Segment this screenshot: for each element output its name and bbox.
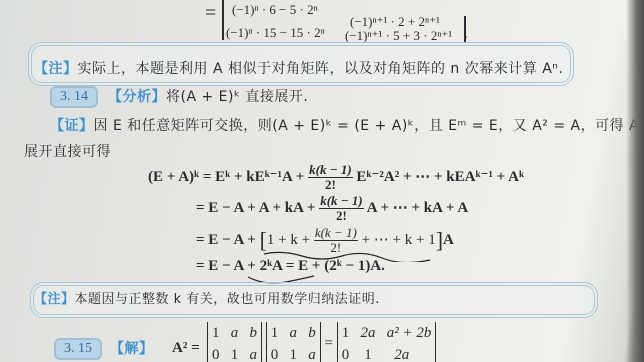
page-edge-shadow — [626, 0, 644, 362]
frac-num: k(k − 1) — [319, 194, 364, 209]
proof-line-1: 【证】因 E 和任意矩阵可交换，则(A + E)ᵏ = (E + A)ᵏ，且 E… — [50, 115, 644, 135]
period: . — [464, 26, 468, 43]
fraction: k(k − 1)2! — [319, 194, 364, 223]
equation-4: = E − A + 2ᵏA = E + (2ᵏ − 1)A. — [196, 258, 385, 275]
eq3-post: A — [443, 232, 454, 248]
problem-badge-3-14: 3. 14 — [50, 86, 98, 108]
eq3-inner-pre: 1 + k + — [267, 232, 310, 248]
note-tag: 【注】 — [34, 61, 78, 77]
note-text: 本题因与正整数 k 有关，故也可用数学归纳法证明. — [75, 292, 380, 307]
frac-den: 2! — [308, 178, 353, 192]
eq1-lhs: (E + A)ᵏ = Eᵏ + kEᵏ⁻¹A + — [148, 169, 304, 185]
frac-num: k(k − 1) — [308, 163, 353, 178]
solution-tag: 【解】 — [110, 338, 154, 358]
note-tag: 【注】 — [34, 292, 75, 307]
analysis-line: 【分析】将(A + E)ᵏ 直接展开. — [108, 86, 308, 106]
analysis-tag: 【分析】 — [108, 89, 166, 105]
matrix-2: 1 a b 0 1 a — [266, 322, 321, 362]
matrix-r1c1: (−1)ⁿ · 6 − 5 · 2ⁿ — [232, 2, 318, 18]
matrix-product: 1 a b 0 1 a 1 a b 0 1 a = 1 2a a² + 2b 0… — [207, 322, 436, 362]
textbook-page: = (−1)ⁿ · 6 − 5 · 2ⁿ (−1)ⁿ⁺¹ · 2 + 2ⁿ⁺¹ … — [0, 0, 644, 362]
frac-num: k(k − 1) — [314, 226, 358, 241]
note-2: 【注】本题因与正整数 k 有关，故也可用数学归纳法证明. — [34, 288, 380, 307]
frac-den: 2! — [319, 209, 364, 223]
proof-line-2: 展开直接可得 — [24, 141, 111, 161]
matrix-r2c1: (−1)ⁿ · 15 − 15 · 2ⁿ — [226, 25, 325, 41]
equation-1: (E + A)ᵏ = Eᵏ + kEᵏ⁻¹A + k(k − 1)2! Eᵏ⁻²… — [148, 163, 524, 192]
proof-text: 因 E 和任意矩阵可交换，则(A + E)ᵏ = (E + A)ᵏ，且 Eᵐ =… — [94, 118, 644, 134]
note-text: 实际上，本题是利用 A 相似于对角矩阵，以及对角矩阵的 n 次幂来计算 Aⁿ. — [78, 61, 564, 77]
analysis-text: 将(A + E)ᵏ 直接展开. — [166, 89, 308, 105]
eq3-inner-post: + ⋯ + k + 1 — [362, 232, 436, 248]
problem-badge-3-15: 3. 15 — [54, 338, 102, 360]
note-1: 【注】实际上，本题是利用 A 相似于对角矩阵，以及对角矩阵的 n 次幂来计算 A… — [34, 58, 563, 78]
matrix-1: 1 a b 0 1 a — [207, 322, 262, 362]
eq2-rest: A + ⋯ + kA + A — [367, 200, 469, 216]
eq2-pre: = E − A + A + kA + — [196, 200, 315, 216]
equation-2: = E − A + A + kA + k(k − 1)2! A + ⋯ + kA… — [196, 194, 468, 223]
proof-tag: 【证】 — [50, 118, 94, 134]
equals-sign: = — [325, 335, 333, 351]
a-squared-lhs: A² = — [172, 340, 200, 357]
matrix-3: 1 2a a² + 2b 0 1 2a — [337, 322, 437, 362]
fraction: k(k − 1)2! — [308, 163, 353, 192]
eq1-rest: Eᵏ⁻²A² + ⋯ + kEAᵏ⁻¹ + Aᵏ — [356, 169, 524, 185]
eq3-pre: = E − A + — [196, 232, 256, 248]
equals-sign: = — [205, 2, 216, 25]
